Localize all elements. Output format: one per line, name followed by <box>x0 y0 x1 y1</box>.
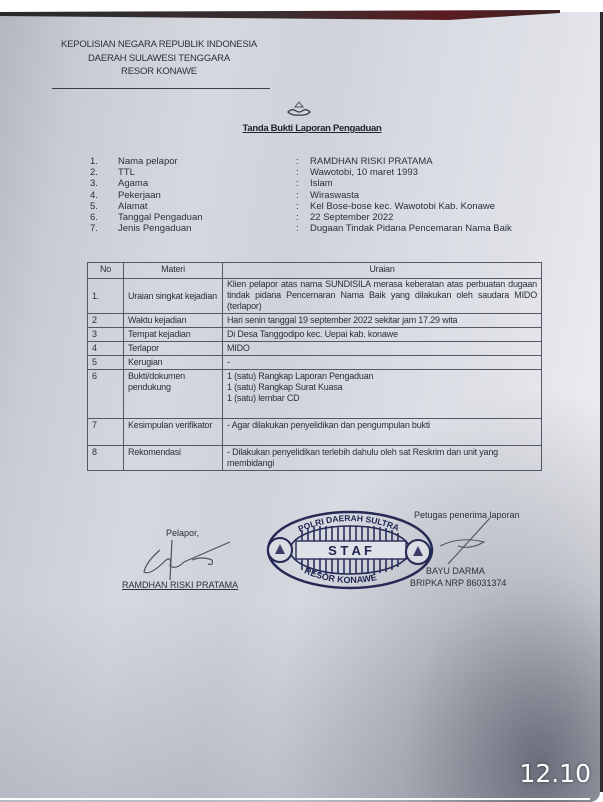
info-value: Islam <box>310 178 550 189</box>
uraian-text: MIDO <box>227 343 537 354</box>
table-row: 7Kesimpulan verifikator- Agar dilakukan … <box>88 419 542 446</box>
cell-no: 3 <box>88 328 124 342</box>
uraian-text: Klien pelapor atas nama SUNDISILA merasa… <box>227 279 537 312</box>
info-colon: : <box>296 190 310 201</box>
cell-materi: Rekomendasi <box>124 446 223 471</box>
cell-materi: Terlapor <box>124 342 223 356</box>
letterhead: KEPOLISIAN NEGARA REPUBLIK INDONESIA DAE… <box>48 38 270 79</box>
info-label: TTL <box>118 167 296 178</box>
info-colon: : <box>296 178 310 189</box>
cell-uraian: MIDO <box>223 342 542 356</box>
cell-uraian: - Agar dilakukan penyelidikan dan pengum… <box>223 419 542 446</box>
cell-uraian: Di Desa Tanggodipo kec. Uepai kab. konaw… <box>223 328 542 342</box>
table-row: 4TerlaporMIDO <box>88 342 542 356</box>
cell-uraian: Klien pelapor atas nama SUNDISILA merasa… <box>223 279 542 314</box>
document-photo: KEPOLISIAN NEGARA REPUBLIK INDONESIA DAE… <box>0 0 603 802</box>
reporter-info: 1.Nama pelapor:RAMDHAN RISKI PRATAMA2.TT… <box>90 156 550 234</box>
info-row: 5.Alamat:Kel Bose-bose kec. Wawotobi Kab… <box>90 201 550 212</box>
uraian-line: 1 (satu) Rangkap Laporan Pengaduan <box>227 371 537 382</box>
cell-no: 2 <box>88 314 124 328</box>
cell-no: 8 <box>88 446 124 471</box>
table-row: 8Rekomendasi- Dilakukan penyelidikan ter… <box>88 446 542 471</box>
info-value: Dugaan Tindak Pidana Pencemaran Nama Bai… <box>310 223 550 234</box>
cell-materi: Bukti/dokumen pendukung <box>124 370 223 419</box>
info-value: Wawotobi, 10 maret 1993 <box>310 167 550 178</box>
info-number: 6. <box>90 212 118 223</box>
letterhead-line-2: DAERAH SULAWESI TENGGARA <box>48 52 270 66</box>
info-label: Alamat <box>118 201 296 212</box>
cell-no: 6 <box>88 370 124 419</box>
info-label: Agama <box>118 178 296 189</box>
header-no: No <box>88 263 124 279</box>
photo-timestamp: 12.10 <box>519 759 591 788</box>
info-value: Wiraswasta <box>310 190 550 201</box>
info-row: 3.Agama:Islam <box>90 178 550 189</box>
info-row: 2.TTL:Wawotobi, 10 maret 1993 <box>90 167 550 178</box>
cell-materi: Uraian singkat kejadian <box>124 279 223 314</box>
table-header-row: No Materi Uraian <box>88 263 542 279</box>
cell-uraian: - <box>223 356 542 370</box>
letterhead-line-3: RESOR KONAWE <box>48 65 270 79</box>
info-label: Nama pelapor <box>118 156 296 167</box>
info-number: 2. <box>90 167 118 178</box>
info-label: Tanggal Pengaduan <box>118 212 296 223</box>
info-row: 7.Jenis Pengaduan:Dugaan Tindak Pidana P… <box>90 223 550 234</box>
info-label: Pekerjaan <box>118 190 296 201</box>
officer-rank-nrp: BRIPKA NRP 86031374 <box>410 578 506 588</box>
header-uraian: Uraian <box>223 263 542 279</box>
info-colon: : <box>296 167 310 178</box>
letterhead-line-1: KEPOLISIAN NEGARA REPUBLIK INDONESIA <box>48 38 270 52</box>
info-row: 6.Tanggal Pengaduan:22 September 2022 <box>90 212 550 223</box>
table-row: 5Kerugian- <box>88 356 542 370</box>
officer-name: BAYU DARMA <box>426 566 485 576</box>
uraian-text: Hari senin tanggal 19 september 2022 sek… <box>227 315 537 326</box>
info-number: 4. <box>90 190 118 201</box>
cell-materi: Kerugian <box>124 356 223 370</box>
info-colon: : <box>296 223 310 234</box>
info-value: RAMDHAN RISKI PRATAMA <box>310 156 550 167</box>
cell-no: 7 <box>88 419 124 446</box>
uraian-text: - Dilakukan penyelidikan terlebih dahulu… <box>227 447 537 469</box>
table-row: 6Bukti/dokumen pendukung1 (satu) Rangkap… <box>88 370 542 419</box>
cell-uraian: - Dilakukan penyelidikan terlebih dahulu… <box>223 446 542 471</box>
officer-signature <box>430 516 510 566</box>
table-row: 1.Uraian singkat kejadianKlien pelapor a… <box>88 279 542 314</box>
photo-bottom-border <box>0 798 590 800</box>
uraian-line: 1 (satu) lembar CD <box>227 393 537 404</box>
uraian-text: - Agar dilakukan penyelidikan dan pengum… <box>227 420 537 431</box>
info-value: Kel Bose-bose kec. Wawotobi Kab. Konawe <box>310 201 550 212</box>
info-number: 3. <box>90 178 118 189</box>
table-row: 3Tempat kejadianDi Desa Tanggodipo kec. … <box>88 328 542 342</box>
info-row: 1.Nama pelapor:RAMDHAN RISKI PRATAMA <box>90 156 550 167</box>
info-colon: : <box>296 156 310 167</box>
info-row: 4.Pekerjaan:Wiraswasta <box>90 190 550 201</box>
report-table: No Materi Uraian 1.Uraian singkat kejadi… <box>87 262 542 471</box>
uraian-line: 1 (satu) Rangkap Surat Kuasa <box>227 382 537 393</box>
cell-no: 5 <box>88 356 124 370</box>
uraian-text: Di Desa Tanggodipo kec. Uepai kab. konaw… <box>227 329 537 340</box>
info-value: 22 September 2022 <box>310 212 550 223</box>
reporter-name: RAMDHAN RISKI PRATAMA <box>122 580 238 590</box>
cell-materi: Tempat kejadian <box>124 328 223 342</box>
cell-no: 4 <box>88 342 124 356</box>
cell-no: 1. <box>88 279 124 314</box>
reporter-signature <box>132 536 242 581</box>
stamp-center-text: S T A F <box>328 543 372 558</box>
police-emblem-icon <box>284 100 314 118</box>
info-number: 1. <box>90 156 118 167</box>
stamp-bottom-text: RESOR KONAWE <box>303 566 378 586</box>
table-row: 2Waktu kejadianHari senin tanggal 19 sep… <box>88 314 542 328</box>
header-materi: Materi <box>124 263 223 279</box>
cell-uraian: 1 (satu) Rangkap Laporan Pengaduan1 (sat… <box>223 370 542 419</box>
info-colon: : <box>296 201 310 212</box>
letterhead-rule <box>52 88 270 89</box>
cell-materi: Kesimpulan verifikator <box>124 419 223 446</box>
cell-materi: Waktu kejadian <box>124 314 223 328</box>
uraian-text: - <box>227 357 537 368</box>
info-number: 5. <box>90 201 118 212</box>
info-label: Jenis Pengaduan <box>118 223 296 234</box>
info-number: 7. <box>90 223 118 234</box>
cell-uraian: Hari senin tanggal 19 september 2022 sek… <box>223 314 542 328</box>
info-colon: : <box>296 212 310 223</box>
document-title: Tanda Bukti Laporan Pengaduan <box>232 123 392 134</box>
